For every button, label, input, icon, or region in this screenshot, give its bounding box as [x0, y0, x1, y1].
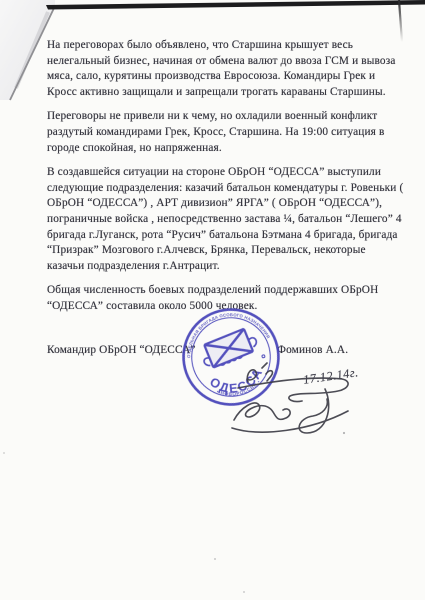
scanned-document-photo: На переговорах было объявлено, что Старш… [0, 0, 425, 600]
document-paragraph: Переговоры не привели ни к чему, но охла… [47, 109, 405, 156]
paper-speck [243, 591, 245, 593]
paper-speck [3, 452, 5, 454]
top-edge-band [46, 0, 425, 10]
commander-name-label: Фоминов А.А. [277, 344, 348, 356]
document-paragraph: В создавшейся ситуации на стороне ОБрОН … [47, 165, 405, 275]
document-paragraph: На переговорах было объявлено, что Старш… [47, 38, 405, 101]
commander-title-label: Командир ОБрОН “ОДЕССА” [47, 344, 196, 356]
corner-fold-shadow [16, 12, 48, 88]
right-edge-line [399, 0, 402, 42]
document-body: На переговорах было объявлено, что Старш… [47, 38, 405, 323]
handwritten-signature [228, 356, 386, 444]
paper-speck [214, 558, 216, 560]
